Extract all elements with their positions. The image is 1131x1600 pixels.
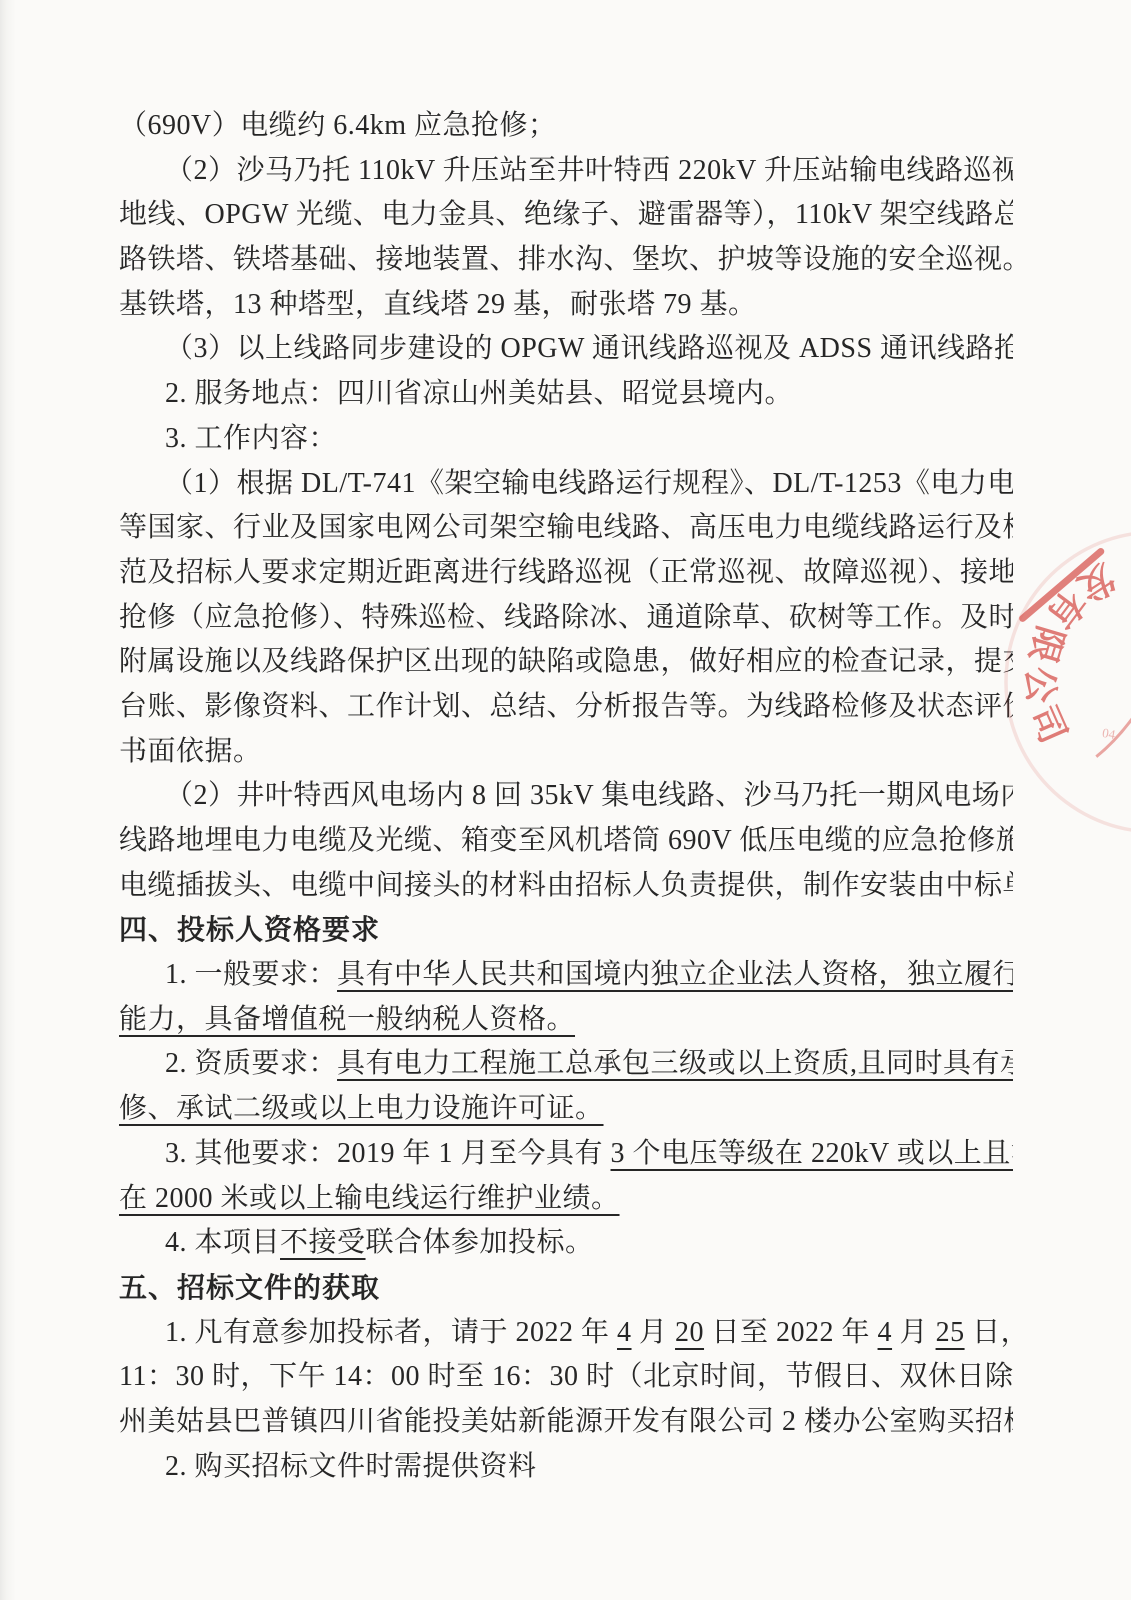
text-line: （690V）电缆约 6.4km 应急抢修； — [119, 104, 1013, 149]
text-segment: 电缆插拔头、电缆中间接头的材料由招标人负责提供，制作安装由中标单位自行负责。 — [119, 870, 1013, 901]
text-segment: （2）井叶特西风电场内 8 回 35kV 集电线路、沙马乃托一期风电场内 3 回… — [165, 780, 1013, 811]
scan-edge-shadow — [0, 0, 16, 1600]
text-line: 2. 资质要求：具有电力工程施工总承包三级或以上资质,且同时具有承装、承 — [119, 1042, 1013, 1087]
text-line: 修、承试二级或以上电力设施许可证。 — [119, 1087, 1013, 1132]
text-line: 电缆插拔头、电缆中间接头的材料由招标人负责提供，制作安装由中标单位自行负责。 — [119, 864, 1013, 909]
text-line: 地线、OPGW 光缆、电力金具、绝缘子、避雷器等），110kV 架空线路总长度 … — [119, 193, 1013, 238]
text-segment: 2. 资质要求： — [165, 1048, 337, 1079]
text-segment: 台账、影像资料、工作计划、总结、分析报告等。为线路检修及状态评价（评估）等提供 — [119, 691, 1013, 722]
text-segment: 1. 一般要求： — [165, 959, 337, 990]
text-line: 11：30 时，下午 14：00 时至 16：30 时（北京时间，节假日、双休日… — [119, 1355, 1013, 1400]
text-segment: 日至 2022 年 — [704, 1317, 878, 1348]
text-line: 3. 工作内容： — [119, 417, 1013, 462]
seal-serial-digits: 04 — [1101, 725, 1117, 742]
text-segment: 州美姑县巴普镇四川省能投美姑新能源开发有限公司 2 楼办公室购买招标文件。 — [119, 1406, 1013, 1437]
text-line: （2）井叶特西风电场内 8 回 35kV 集电线路、沙马乃托一期风电场内 3 回… — [119, 774, 1013, 819]
text-line: （3）以上线路同步建设的 OPGW 通讯线路巡视及 ADSS 通讯线路抢修。 — [119, 327, 1013, 372]
text-segment: 4. 本项目 — [165, 1227, 280, 1258]
text-segment: 2. 服务地点：四川省凉山州美姑县、昭觉县境内。 — [165, 378, 793, 409]
text-line: 附属设施以及线路保护区出现的缺陷或隐患，做好相应的检查记录，提交相应的线路巡视 — [119, 640, 1013, 685]
underlined-text: 3 个电压等级在 220kV 或以上且海拔高度 — [611, 1138, 1013, 1169]
underlined-text: 具有中华人民共和国境内独立企业法人资格，独立履行民事责任 — [337, 959, 1013, 990]
text-segment: 1. 凡有意参加投标者，请于 2022 年 — [165, 1317, 617, 1348]
underlined-text: 具有电力工程施工总承包三级或以上资质,且同时具有承装、承 — [337, 1048, 1013, 1079]
text-segment: （2）沙马乃托 110kV 升压站至井叶特西 220kV 升压站输电线路巡视（含… — [165, 155, 1013, 186]
section-heading: 五、招标文件的获取 — [119, 1266, 1013, 1311]
text-segment: 月 — [892, 1317, 936, 1348]
text-segment: 等国家、行业及国家电网公司架空输电线路、高压电力电缆线路运行及检修相关标准、规 — [119, 512, 1013, 543]
text-line: 书面依据。 — [119, 730, 1013, 775]
text-segment: 范及招标人要求定期近距离进行线路巡视（正常巡视、故障巡视）、接地系统检测、施工 — [119, 557, 1013, 588]
text-segment: 线路地埋电力电缆及光缆、箱变至风机塔筒 690V 低压电缆的应急抢修施工（电缆终… — [119, 825, 1013, 856]
underlined-text: 在 2000 米或以上输电线运行维护业绩。 — [119, 1183, 620, 1214]
seal-star-stroke — [1012, 551, 1112, 618]
text-segment: 日，上午 9：30 时至 — [965, 1317, 1013, 1348]
underlined-text: 修、承试二级或以上电力设施许可证。 — [119, 1093, 604, 1124]
text-segment: （690V）电缆约 6.4km 应急抢修； — [119, 110, 557, 141]
text-segment: （1）根据 DL/T-741《架空输电线路运行规程》、DL/T-1253《电力电… — [165, 468, 1013, 499]
text-line: （2）沙马乃托 110kV 升压站至井叶特西 220kV 升压站输电线路巡视（含… — [119, 149, 1013, 194]
document-body: （690V）电缆约 6.4km 应急抢修；（2）沙马乃托 110kV 升压站至井… — [119, 104, 1013, 1489]
text-segment: 联合体参加投标。 — [366, 1227, 594, 1258]
text-line: 4. 本项目不接受联合体参加投标。 — [119, 1221, 1013, 1266]
section-heading: 四、投标人资格要求 — [119, 908, 1013, 953]
text-line: 能力，具备增值税一般纳税人资格。 — [119, 998, 1013, 1043]
underlined-text: 不接受 — [280, 1227, 366, 1258]
underlined-text: 20 — [675, 1317, 704, 1348]
text-segment: 四、投标人资格要求 — [119, 914, 380, 945]
text-line: 台账、影像资料、工作计划、总结、分析报告等。为线路检修及状态评价（评估）等提供 — [119, 685, 1013, 730]
text-segment: 五、招标文件的获取 — [119, 1272, 380, 1303]
text-line: 1. 凡有意参加投标者，请于 2022 年 4 月 20 日至 2022 年 4… — [119, 1311, 1013, 1356]
text-segment: 2. 购买招标文件时需提供资料 — [165, 1451, 537, 1482]
text-segment: 地线、OPGW 光缆、电力金具、绝缘子、避雷器等），110kV 架空线路总长度 … — [119, 199, 1013, 230]
text-line: （1）根据 DL/T-741《架空输电线路运行规程》、DL/T-1253《电力电… — [119, 462, 1013, 507]
text-line: 州美姑县巴普镇四川省能投美姑新能源开发有限公司 2 楼办公室购买招标文件。 — [119, 1400, 1013, 1445]
text-segment: 3. 其他要求：2019 年 1 月至今具有 — [165, 1138, 611, 1169]
text-line: 在 2000 米或以上输电线运行维护业绩。 — [119, 1177, 1013, 1222]
underlined-text: 4 — [617, 1317, 632, 1348]
text-line: 路铁塔、铁塔基础、接地装置、排水沟、堡坎、护坡等设施的安全巡视。全线共设有 10… — [119, 238, 1013, 283]
underlined-text: 25 — [936, 1317, 965, 1348]
text-line: 抢修（应急抢修）、特殊巡检、线路除冰、通道除草、砍树等工作。及时发现线路本体、 — [119, 596, 1013, 641]
text-line: 线路地埋电力电缆及光缆、箱变至风机塔筒 690V 低压电缆的应急抢修施工（电缆终… — [119, 819, 1013, 864]
document-page: （690V）电缆约 6.4km 应急抢修；（2）沙马乃托 110kV 升压站至井… — [0, 0, 1131, 1600]
text-line: 2. 服务地点：四川省凉山州美姑县、昭觉县境内。 — [119, 372, 1013, 417]
text-line: 1. 一般要求：具有中华人民共和国境内独立企业法人资格，独立履行民事责任 — [119, 953, 1013, 998]
underlined-text: 4 — [878, 1317, 893, 1348]
text-segment: 11：30 时，下午 14：00 时至 16：30 时（北京时间，节假日、双休日… — [119, 1361, 1013, 1392]
text-line: 范及招标人要求定期近距离进行线路巡视（正常巡视、故障巡视）、接地系统检测、施工 — [119, 551, 1013, 596]
text-segment: 月 — [632, 1317, 676, 1348]
text-segment: （3）以上线路同步建设的 OPGW 通讯线路巡视及 ADSS 通讯线路抢修。 — [165, 333, 1013, 364]
underlined-text: 能力，具备增值税一般纳税人资格。 — [119, 1004, 575, 1035]
text-line: 等国家、行业及国家电网公司架空输电线路、高压电力电缆线路运行及检修相关标准、规 — [119, 506, 1013, 551]
text-segment: 书面依据。 — [119, 736, 262, 767]
text-segment: 抢修（应急抢修）、特殊巡检、线路除冰、通道除草、砍树等工作。及时发现线路本体、 — [119, 602, 1013, 633]
seal-border-arc — [1088, 710, 1131, 757]
text-segment: 附属设施以及线路保护区出现的缺陷或隐患，做好相应的检查记录，提交相应的线路巡视 — [119, 646, 1013, 677]
text-line: 3. 其他要求：2019 年 1 月至今具有 3 个电压等级在 220kV 或以… — [119, 1132, 1013, 1177]
text-segment: 3. 工作内容： — [165, 423, 337, 454]
text-segment: 基铁塔，13 种塔型，直线塔 29 基，耐张塔 79 基。 — [119, 289, 757, 320]
text-segment: 路铁塔、铁塔基础、接地装置、排水沟、堡坎、护坡等设施的安全巡视。全线共设有 10… — [119, 244, 1013, 275]
text-line: 基铁塔，13 种塔型，直线塔 29 基，耐张塔 79 基。 — [119, 283, 1013, 328]
text-line: 2. 购买招标文件时需提供资料 — [119, 1445, 1013, 1490]
